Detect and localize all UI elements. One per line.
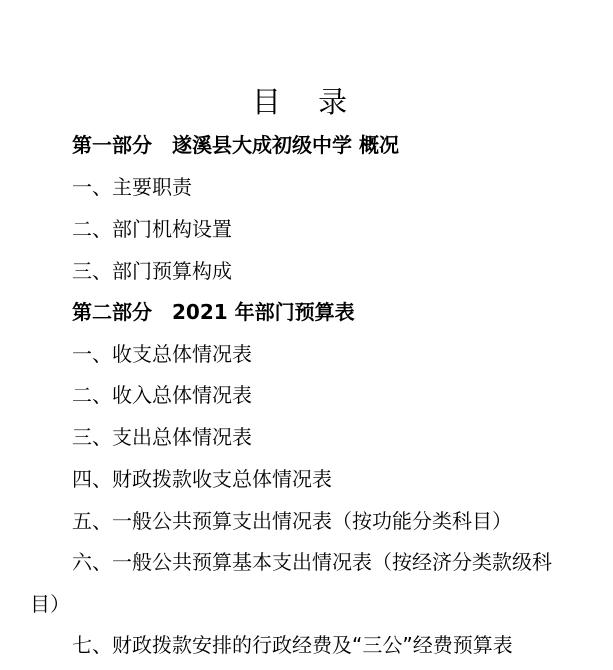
toc-title: 目 录 [0,84,613,120]
toc-item-three-public-expenses: 七、财政拨款安排的行政经费及“三公”经费预算表 [72,631,513,659]
part2-heading: 第二部分 2021 年部门预算表 [72,298,355,326]
toc-item-revenue-overview: 二、收入总体情况表 [72,381,252,409]
toc-item-general-budget-basic-by-economy-cont: 目） [30,590,70,618]
toc-item-revenue-expenditure-overview: 一、收支总体情况表 [72,340,252,368]
toc-item-department-structure: 二、部门机构设置 [72,215,232,243]
toc-item-general-budget-by-function: 五、一般公共预算支出情况表（按功能分类科目） [72,507,512,535]
toc-item-budget-composition: 三、部门预算构成 [72,257,232,285]
toc-item-fiscal-allocation-overview: 四、财政拨款收支总体情况表 [72,465,332,493]
toc-item-main-duties: 一、主要职责 [72,173,192,201]
part1-heading: 第一部分 遂溪县大成初级中学 概况 [72,131,399,159]
toc-item-general-budget-basic-by-economy: 六、一般公共预算基本支出情况表（按经济分类款级科 [72,548,552,576]
toc-item-expenditure-overview: 三、支出总体情况表 [72,423,252,451]
